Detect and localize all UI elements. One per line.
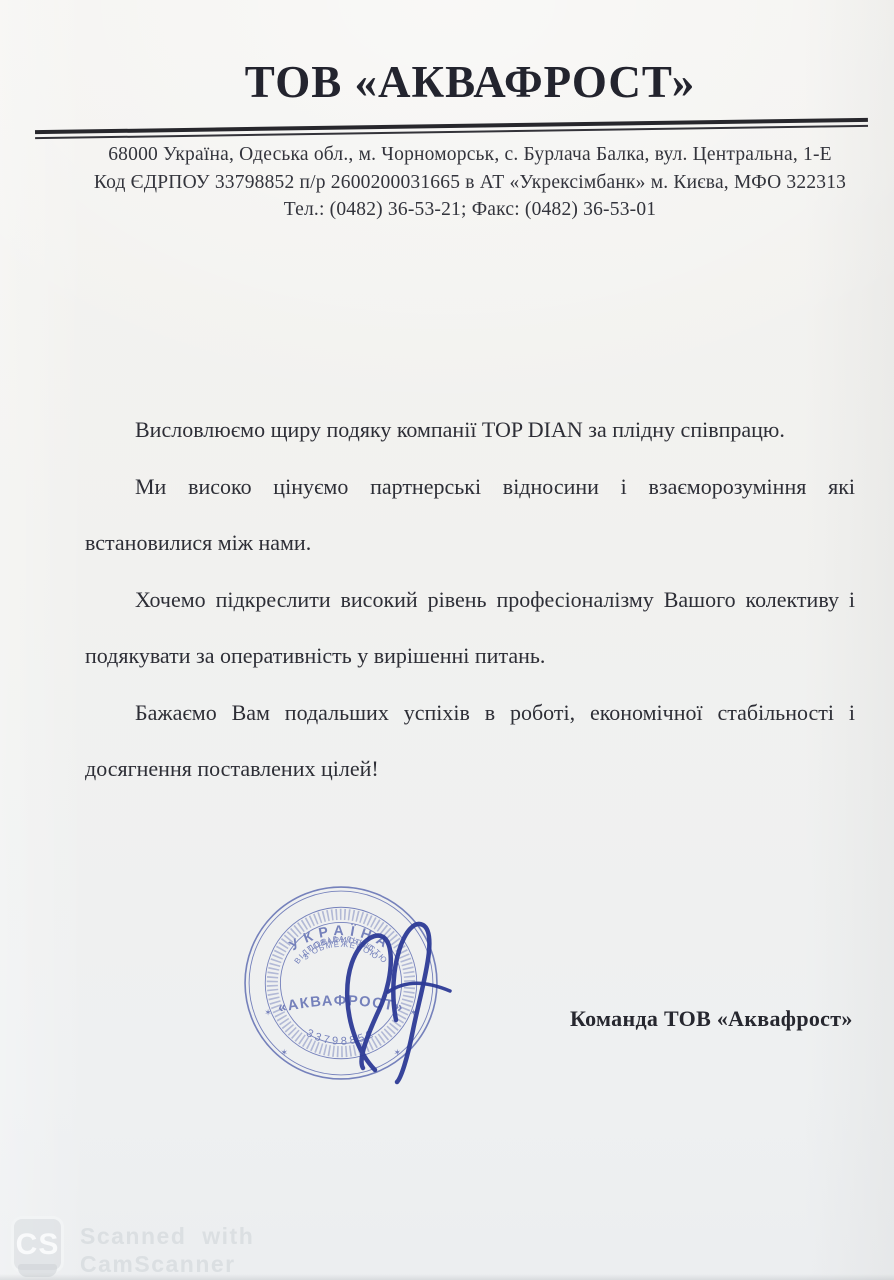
letter-body: Висловлюємо щиру подяку компанії TOP DIA… [85,402,855,798]
camscanner-watermark: CS Scanned with CamScanner [11,1216,254,1278]
letterhead-address: 68000 Україна, Одеська обл., м. Чорномор… [0,141,894,224]
address-line-2: Код ЄДРПОУ 33798852 п/р 2600200031665 в … [46,169,894,197]
stamp-star-icon: ✶ [264,1007,272,1017]
address-line-3: Тел.: (0482) 36-53-21; Факс: (0482) 36-5… [46,196,894,224]
watermark-line-2: CamScanner [80,1250,254,1278]
paragraph: Висловлюємо щиру подяку компанії TOP DIA… [85,402,855,459]
paragraph: Ми високо цінуємо партнерські відносини … [85,459,855,572]
stamp-star-icon: ✶ [280,1048,288,1058]
signature-ink [300,898,470,1088]
scanned-letter-page: ТОВ «АКВАФРОСТ» 68000 Україна, Одеська о… [0,0,894,1280]
company-title: ТОВ «АКВАФРОСТ» [0,56,894,108]
camscanner-logo-letters: CS [16,1228,60,1262]
header-rule [35,118,868,139]
address-line-1: 68000 Україна, Одеська обл., м. Чорномор… [46,141,894,169]
paragraph: Хочемо підкреслити високий рівень профес… [85,572,855,685]
watermark-line-1: Scanned with [80,1222,254,1250]
signoff-team-label: Команда ТОВ «Аквафрост» [570,1006,853,1032]
paragraph: Бажаємо Вам подальших успіхів в роботі, … [85,685,855,798]
watermark-text: Scanned with CamScanner [80,1216,254,1278]
camscanner-logo-icon: CS [11,1216,64,1273]
